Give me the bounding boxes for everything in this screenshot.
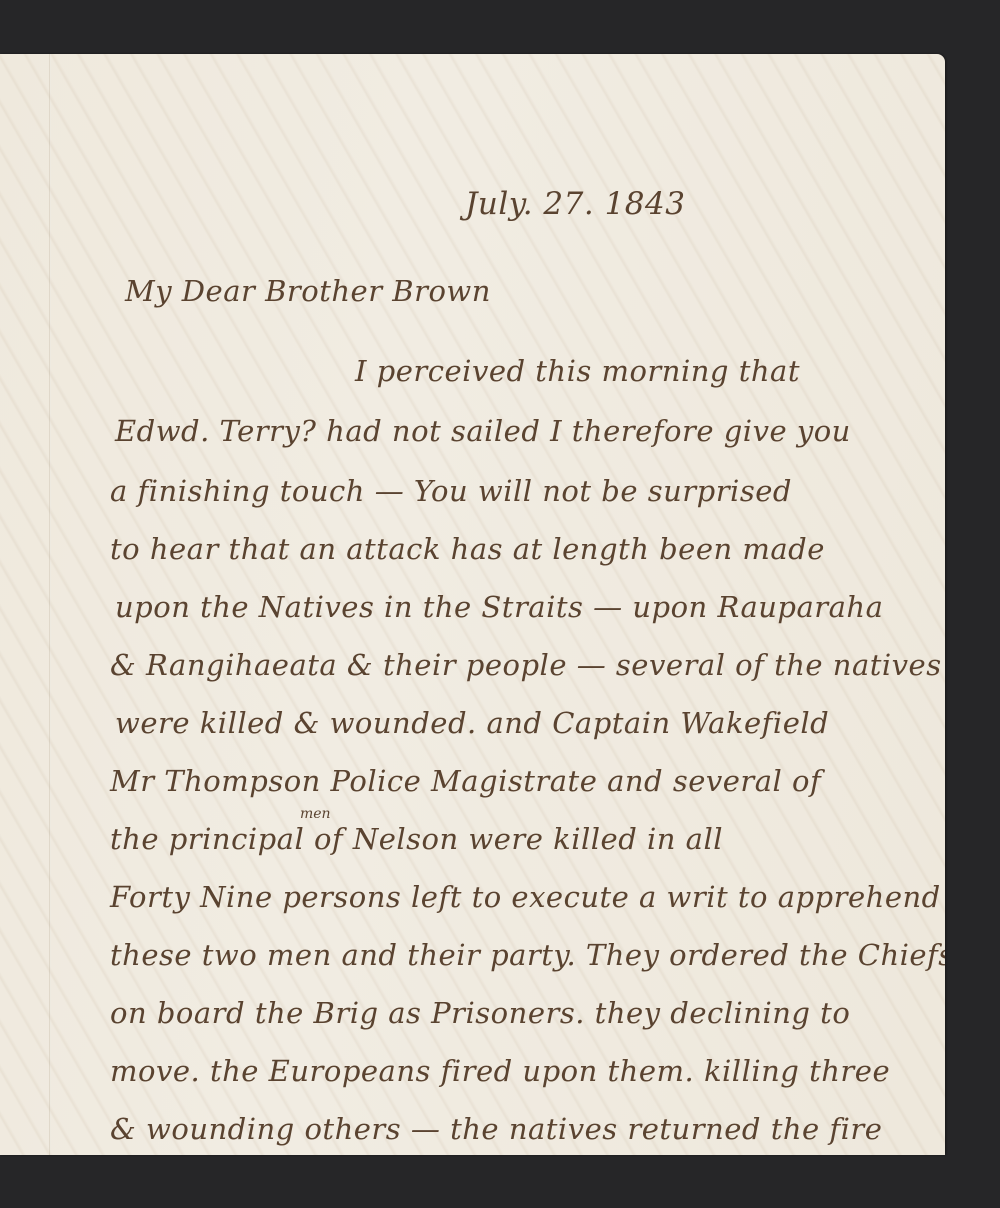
letter-line-9: the principal of Nelson were killed in a…	[110, 822, 723, 856]
letter-page: July. 27. 1843 My Dear Brother Brown I p…	[0, 54, 945, 1155]
page-fold	[49, 54, 51, 1155]
interlinear-insert: men	[300, 806, 331, 822]
letter-line-13: move. the Europeans fired upon them. kil…	[110, 1054, 890, 1088]
letter-date: July. 27. 1843	[465, 186, 685, 222]
letter-line-3: a finishing touch — You will not be surp…	[110, 474, 792, 508]
letter-line-12: on board the Brig as Prisoners. they dec…	[110, 996, 850, 1030]
letter-line-10: Forty Nine persons left to execute a wri…	[110, 880, 941, 914]
letter-line-11: these two men and their party. They orde…	[110, 938, 945, 972]
letter-line-6: & Rangihaeata & their people — several o…	[110, 648, 942, 682]
letter-line-5: upon the Natives in the Straits — upon R…	[115, 590, 883, 624]
letter-salutation: My Dear Brother Brown	[125, 274, 491, 308]
letter-line-2: Edwd. Terry? had not sailed I therefore …	[115, 414, 851, 448]
letter-line-14: & wounding others — the natives returned…	[110, 1112, 882, 1146]
letter-line-7: were killed & wounded. and Captain Wakef…	[115, 706, 829, 740]
letter-line-4: to hear that an attack has at length bee…	[110, 532, 825, 566]
letter-line-1: I perceived this morning that	[355, 354, 800, 388]
letter-line-8: Mr Thompson Police Magistrate and severa…	[110, 764, 821, 798]
